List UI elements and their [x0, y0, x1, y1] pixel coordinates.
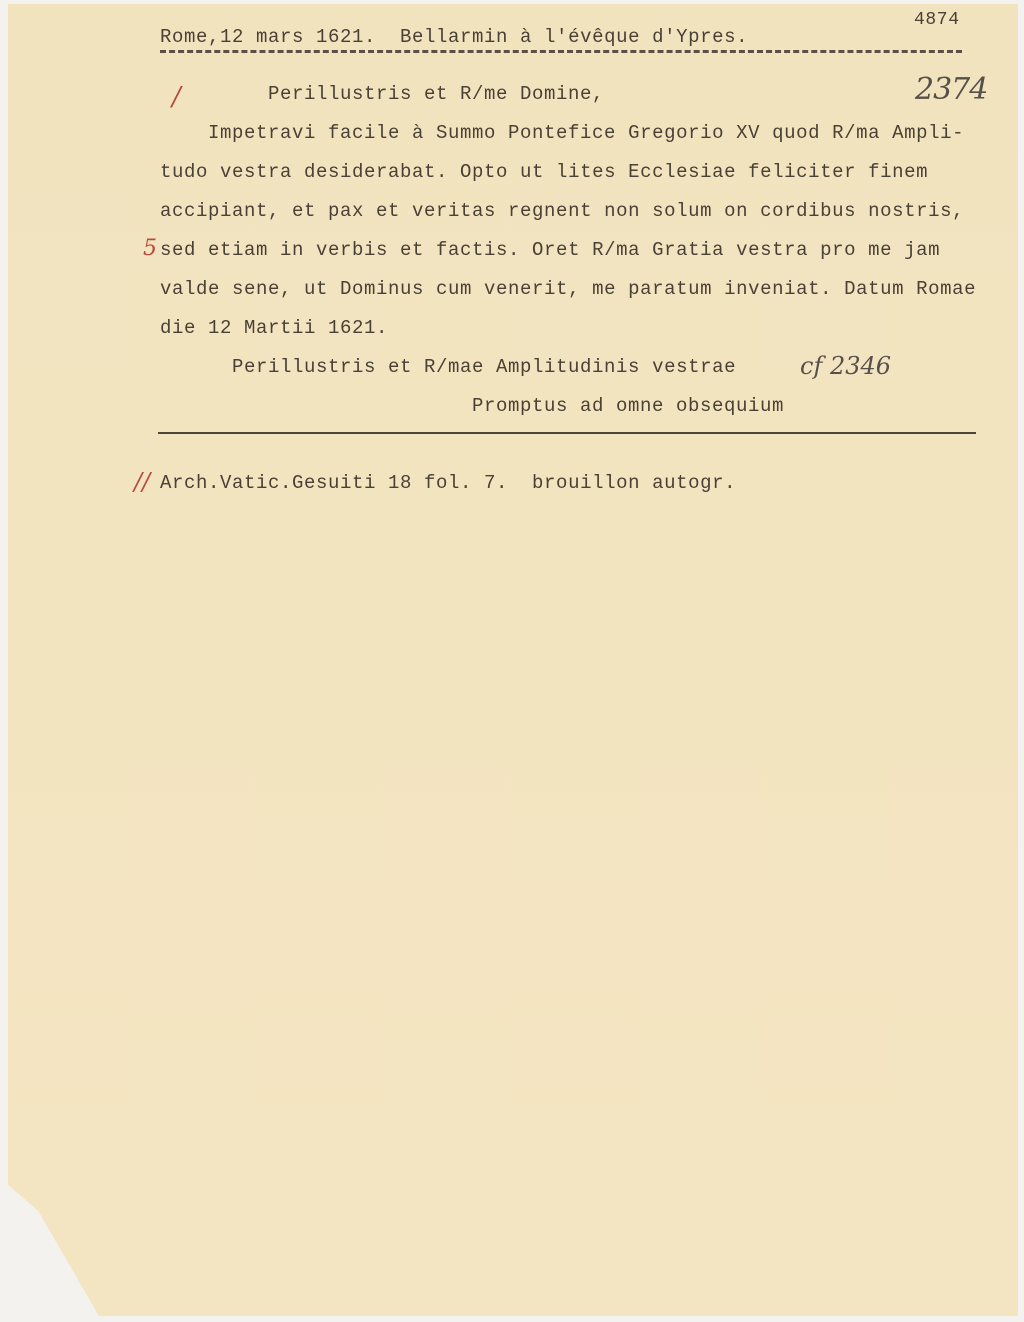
header-dashed-rule	[160, 50, 962, 53]
red-mark-line-5: 5	[143, 236, 157, 261]
red-mark-source: //	[134, 468, 150, 496]
body-line-6: die 12 Martii 1621.	[160, 317, 388, 339]
body-line-3: accipiant, et pax et veritas regnent non…	[160, 200, 964, 222]
body-line-4: sed etiam in verbis et factis. Oret R/ma…	[160, 239, 940, 261]
body-line-2: tudo vestra desiderabat. Opto ut lites E…	[160, 161, 928, 183]
body-line-5: valde sene, ut Dominus cum venerit, me p…	[160, 278, 976, 300]
handwritten-cross-reference: cf 2346	[800, 352, 891, 380]
red-mark-salutation: /	[172, 82, 181, 112]
page-number: 4874	[914, 10, 960, 30]
closing-line-2: Promptus ad omne obsequium	[472, 395, 784, 417]
closing-line-1: Perillustris et R/mae Amplitudinis vestr…	[232, 356, 736, 378]
body-line-1: Impetravi facile à Summo Pontefice Grego…	[208, 122, 964, 144]
document-header-title: Rome,12 mars 1621. Bellarmin à l'évêque …	[160, 26, 748, 48]
source-citation: Arch.Vatic.Gesuiti 18 fol. 7. brouillon …	[160, 472, 736, 494]
handwritten-number-top-right: 2374	[915, 72, 987, 107]
salutation: Perillustris et R/me Domine,	[268, 83, 604, 105]
footer-rule	[158, 432, 976, 434]
